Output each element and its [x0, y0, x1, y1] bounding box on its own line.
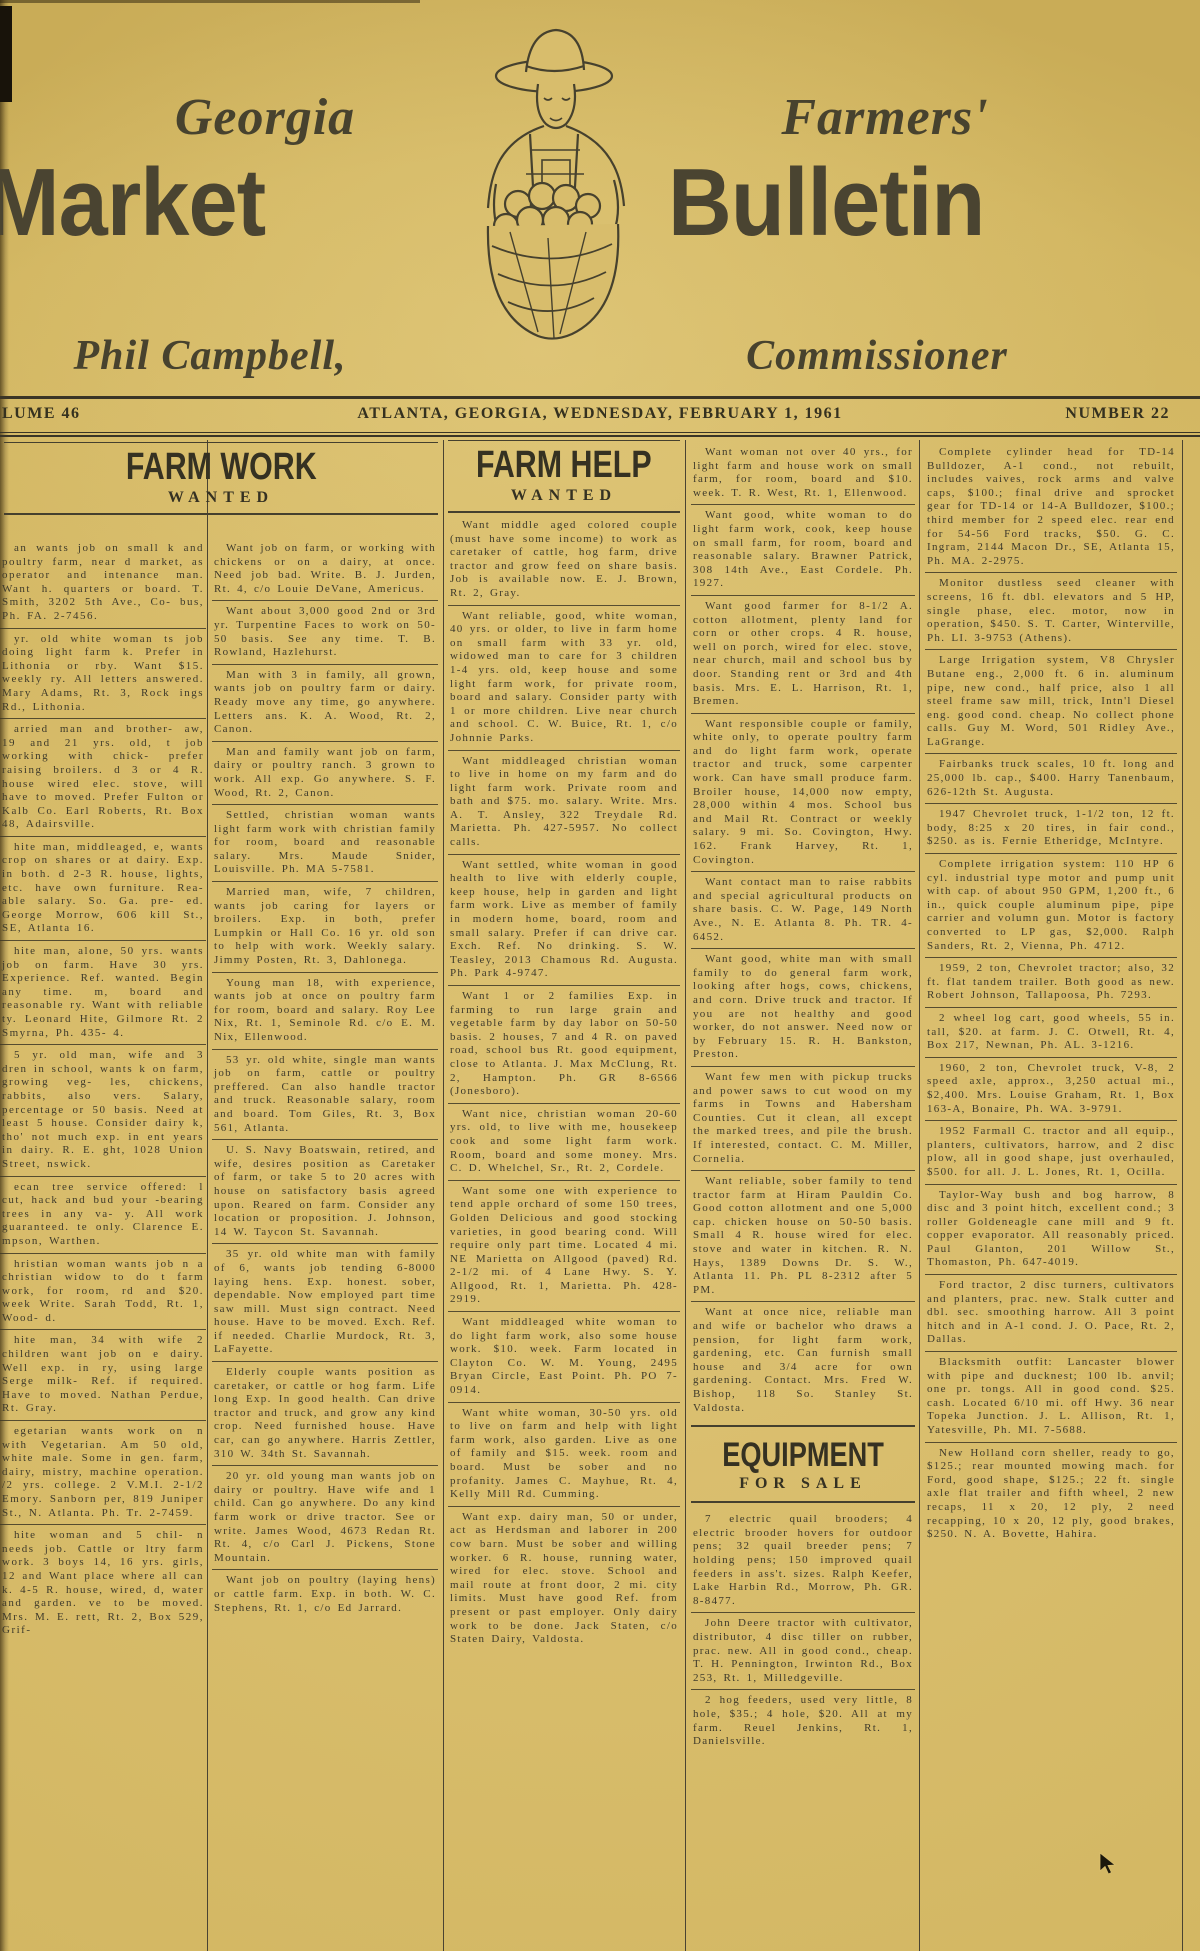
scan-corner-artifact: [0, 6, 12, 102]
classified-ad: 2 hog feeders, used very little, 8 hole,…: [691, 1689, 915, 1752]
farm-help-title: FARM HELP: [476, 445, 652, 485]
masthead-bulletin: Bulletin: [668, 148, 984, 258]
classified-ad: yr. old white woman ts job doing light f…: [0, 628, 206, 719]
classified-ad: Large Irrigation system, V8 Chrysler But…: [925, 649, 1177, 753]
classified-ad: New Holland corn sheller, ready to go, $…: [925, 1442, 1177, 1546]
classified-ad: Elderly couple wants position as caretak…: [212, 1361, 438, 1465]
classified-ad: 53 yr. old white, single man wants job o…: [212, 1049, 438, 1140]
classified-ad: 1960, 2 ton, Chevrolet truck, V-8, 2 spe…: [925, 1057, 1177, 1120]
farmer-basket-illustration-icon: [426, 14, 676, 344]
classified-ad: Want nice, christian woman 20-60 yrs. ol…: [448, 1103, 680, 1180]
classified-ad: Ford tractor, 2 disc turners, cultivator…: [925, 1274, 1177, 1351]
classified-column-3: FARM HELP WANTED Want middle aged colore…: [448, 440, 680, 1951]
classified-ad: John Deere tractor with cultivator, dist…: [691, 1612, 915, 1689]
classified-column-4: Want woman not over 40 yrs., for light f…: [691, 440, 915, 1951]
classified-ad: Want good, white woman to do light farm …: [691, 504, 915, 595]
classified-ad: egetarian wants work on n with Vegetaria…: [0, 1420, 206, 1524]
classified-ad: 1947 Chevrolet truck, 1-1/2 ton, 12 ft. …: [925, 803, 1177, 853]
farm-help-subtitle: WANTED: [448, 487, 680, 505]
column-rule-4: [919, 440, 920, 1951]
classified-ad: hite man, 34 with wife 2 children want j…: [0, 1329, 206, 1420]
equipment-title: EQUIPMENT: [722, 1437, 884, 1473]
classified-ad: Settled, christian woman wants light far…: [212, 804, 438, 881]
classified-ad: Want job on farm, or working with chicke…: [212, 538, 438, 600]
masthead-georgia: Georgia: [150, 88, 380, 147]
scan-top-edge-artifact: [0, 0, 420, 3]
classified-ad: 1959, 2 ton, Chevrolet tractor; also, 32…: [925, 957, 1177, 1007]
classified-column-2: Want job on farm, or working with chicke…: [212, 440, 438, 1951]
header-rule: [448, 440, 680, 441]
column-rule-3: [685, 440, 686, 1951]
dateline-text: ATLANTA, GEORGIA, WEDNESDAY, FEBRUARY 1,…: [0, 405, 1200, 423]
classified-ad: 1952 Farmall C. tractor and all equip., …: [925, 1120, 1177, 1183]
dateline-bar: LUME 46 ATLANTA, GEORGIA, WEDNESDAY, FEB…: [0, 396, 1200, 437]
masthead-market: Market: [0, 148, 265, 258]
classified-ad: hite man, middleaged, e, wants crop on s…: [0, 836, 206, 940]
masthead-byline-commissioner: Commissioner: [722, 332, 1032, 380]
classified-ad: Want exp. dairy man, 50 or under, act as…: [448, 1506, 680, 1651]
classified-ad: Monitor dustless seed cleaner with scree…: [925, 572, 1177, 649]
column-rule-1: [207, 440, 208, 1951]
column-rule-5: [1182, 440, 1183, 1951]
masthead-byline-phil-campbell: Phil Campbell,: [55, 332, 365, 380]
section-header-equipment: EQUIPMENT FOR SALE: [691, 1425, 915, 1503]
classified-ad: Want at once nice, reliable man and wife…: [691, 1301, 915, 1419]
classified-ad: Want middleaged white woman to do light …: [448, 1311, 680, 1402]
classified-ad: Want reliable, good, white woman, 40 yrs…: [448, 605, 680, 750]
column-2-ads: Want job on farm, or working with chicke…: [212, 536, 438, 1619]
column-1-ads: an wants job on small k and poultry farm…: [0, 536, 206, 1642]
classified-ad: Want some one with experience to tend ap…: [448, 1180, 680, 1311]
classified-ad: hite man, alone, 50 yrs. wants job on fa…: [0, 940, 206, 1044]
classified-ad: an wants job on small k and poultry farm…: [0, 538, 206, 628]
issue-number-label: NUMBER 22: [1065, 405, 1170, 423]
classified-ad: 7 electric quail brooders; 4 electric br…: [691, 1509, 915, 1612]
classified-ad: Want few men with pickup trucks and powe…: [691, 1066, 915, 1170]
classified-ad: Young man 18, with experience, wants job…: [212, 972, 438, 1049]
classified-ad: Want reliable, sober family to tend trac…: [691, 1170, 915, 1301]
classified-ad: Want job on poultry (laying hens) or cat…: [212, 1569, 438, 1619]
classified-ad: Want good, white man with small family t…: [691, 948, 915, 1066]
classified-ad: Man with 3 in family, all grown, wants j…: [212, 664, 438, 741]
classified-ad: 20 yr. old young man wants job on dairy …: [212, 1465, 438, 1569]
classified-column-5: Complete cylinder head for TD-14 Bulldoz…: [925, 440, 1177, 1951]
classified-ad: Want contact man to raise rabbits and sp…: [691, 871, 915, 948]
classified-ad: Complete cylinder head for TD-14 Bulldoz…: [925, 442, 1177, 572]
equipment-subtitle: FOR SALE: [691, 1475, 915, 1493]
classified-ad: Want 1 or 2 families Exp. in farming to …: [448, 985, 680, 1103]
classified-ad: ecan tree service offered: l cut, hack a…: [0, 1176, 206, 1253]
classified-ad: 35 yr. old white man with family of 6, w…: [212, 1243, 438, 1361]
masthead-farmers: Farmers': [755, 88, 1015, 147]
classified-ad: Fairbanks truck scales, 10 ft. long and …: [925, 753, 1177, 803]
classified-ad: 2 wheel log cart, good wheels, 55 in. ta…: [925, 1007, 1177, 1057]
column-rule-2: [443, 440, 444, 1951]
classified-ad: Taylor-Way bush and bog harrow, 8 disc a…: [925, 1184, 1177, 1275]
classified-ad: Want middle aged colored couple (must ha…: [448, 515, 680, 605]
classified-ad: U. S. Navy Boatswain, retired, and wife,…: [212, 1139, 438, 1243]
classified-ad: Married man, wife, 7 children, wants job…: [212, 881, 438, 972]
classified-ad: Want responsible couple or family, white…: [691, 713, 915, 872]
mouse-cursor-icon: [1098, 1852, 1118, 1876]
classified-ad: Blacksmith outfit: Lancaster blower with…: [925, 1351, 1177, 1442]
classified-ad: Complete irrigation system: 110 HP 6 cyl…: [925, 853, 1177, 957]
classified-ad: Want middleaged christian woman to live …: [448, 750, 680, 854]
classified-ad: 5 yr. old man, wife and 3 dren in school…: [0, 1044, 206, 1175]
column-4-help-ads: Want woman not over 40 yrs., for light f…: [691, 440, 915, 1419]
classified-ad: Want woman not over 40 yrs., for light f…: [691, 442, 915, 504]
column-4-equipment-ads: 7 electric quail brooders; 4 electric br…: [691, 1507, 915, 1753]
section-header-farm-help: FARM HELP WANTED: [448, 440, 680, 513]
classified-ad: Want good farmer for 8-1/2 A. cotton all…: [691, 595, 915, 713]
classified-ad: Want about 3,000 good 2nd or 3rd yr. Tur…: [212, 600, 438, 663]
classified-ad: hristian woman wants job n a christian w…: [0, 1253, 206, 1330]
classified-ad: Want white woman, 30-50 yrs. old to live…: [448, 1402, 680, 1506]
classified-ad: Man and family want job on farm, dairy o…: [212, 741, 438, 804]
classified-ad: hite woman and 5 chil- n needs job. Catt…: [0, 1524, 206, 1642]
column-3-ads: Want middle aged colored couple (must ha…: [448, 513, 680, 1651]
classified-column-1: an wants job on small k and poultry farm…: [0, 440, 206, 1951]
newspaper-page: Georgia Farmers' Market Bulletin Phil Ca…: [0, 0, 1200, 1951]
classified-ad: arried man and brother- aw, 19 and 21 yr…: [0, 718, 206, 836]
column-5-ads: Complete cylinder head for TD-14 Bulldoz…: [925, 440, 1177, 1546]
classified-ad: Want settled, white woman in good health…: [448, 854, 680, 985]
